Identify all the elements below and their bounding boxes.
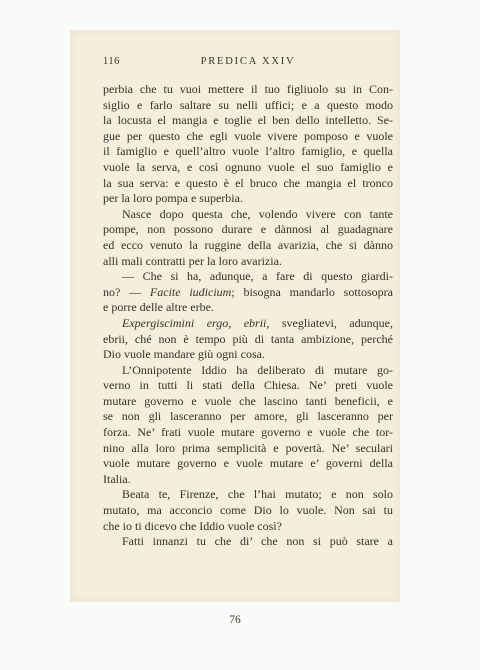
text-line: Dio vuole mandare giù ogni cosa. [103,347,393,363]
text-line: gue per questo che egli vuole vivere pom… [103,129,393,145]
text-segment: Dio vuole mandare giù ogni cosa. [103,347,265,361]
text-segment: mutato, ma acconcio come Dio lo vuole. N… [103,503,393,517]
text-line: Beata te, Firenze, che l’hai mutato; e n… [103,487,393,503]
text-line: la locusta el mangia e toglie el ben del… [103,113,393,129]
text-segment: la sua serva: e questo è el bruco che ma… [103,176,393,190]
text-line: Italia. [103,472,393,488]
text-segment: ebrii, ché non è tempo più di tanta ambi… [103,332,393,346]
text-segment: verno in tutti li stati della Chiesa. Ne… [103,378,393,392]
text-segment: nino alla loro prima semplicità e povert… [103,441,393,455]
text-segment: gue per questo che egli vuole vivere pom… [103,129,393,143]
text-line: 5il famiglio e quell’altro vuole l’altro… [103,144,393,160]
text-segment: la locusta el mangia e toglie el ben del… [103,113,393,127]
text-line: forza. Ne’ frati vuole mutare governo e … [103,425,393,441]
text-block: perbia che tu vuoi mettere il tuo figliu… [103,82,393,550]
running-title: PREDICA XXIV [103,56,393,67]
text-line: mutare governo e vuole che lascino tanti… [103,394,393,410]
text-segment: il famiglio e quell’altro vuole l’altro … [103,144,393,158]
italic-text-segment: Expergiscimini ergo, ebrii, [122,316,269,330]
text-line: mutato, ma acconcio come Dio lo vuole. N… [103,503,393,519]
text-line: alli mali contratti per la loro avarizia… [103,254,393,270]
text-segment: e porre delle altre erbe. [103,300,214,314]
text-line: 30Fatti innanzi tu che di’ che non si pu… [103,534,393,550]
text-line: 15e porre delle altre erbe. [103,300,393,316]
text-segment: no? — [103,285,150,299]
folio-number: 116 [103,56,120,67]
text-line: 25vuole mutare governo e vuole mutare e’… [103,456,393,472]
text-line: siglio e farlo saltare su nelli uffici; … [103,98,393,114]
text-segment: alli mali contratti per la loro avarizia… [103,254,282,268]
text-segment: pompe, non possono durare e dànnosi al g… [103,222,393,236]
text-segment: ed ecco venuto la ruggine della avarizia… [103,238,393,252]
text-segment: ; bisogna mandarlo sottosopra [231,285,393,299]
text-line: Expergiscimini ergo, ebrii, svegliatevi,… [103,316,393,332]
text-segment: perbia che tu vuoi mettere il tuo figliu… [103,82,393,96]
text-segment: forza. Ne’ frati vuole mutare governo e … [103,425,393,439]
text-segment: Fatti innanzi tu che di’ che non si può … [122,534,393,548]
text-segment: L’Onnipotente Iddio ha deliberato di mut… [122,363,393,377]
text-line: no? — Facite iudicium; bisogna mandarlo … [103,285,393,301]
text-segment: Beata te, Firenze, che l’hai mutato; e n… [122,487,393,501]
text-line: L’Onnipotente Iddio ha deliberato di mut… [103,363,393,379]
text-line: — Che si ha, adunque, a fare di questo g… [103,269,393,285]
text-line: 10pompe, non possono durare e dànnosi al… [103,222,393,238]
text-line: che io ti dicevo che Iddio vuole così? [103,519,393,535]
text-line: se non gli lasceranno per amore, gli las… [103,409,393,425]
running-head: 116 PREDICA XXIV [103,56,393,70]
text-line: vuole la serva, e così ognuno vuole el s… [103,160,393,176]
footer-page-number: 76 [70,614,400,626]
text-segment: se non gli lasceranno per amore, gli las… [103,409,393,423]
text-segment: Italia. [103,472,131,486]
book-page-scan: 116 PREDICA XXIV perbia che tu vuoi mett… [70,30,400,602]
text-line: perbia che tu vuoi mettere il tuo figliu… [103,82,393,98]
text-line: per la loro pompa e superbia. [103,191,393,207]
text-segment: — Che si ha, adunque, a fare di questo g… [122,269,393,283]
text-line: 20verno in tutti li stati della Chiesa. … [103,378,393,394]
text-segment: mutare governo e vuole che lascino tanti… [103,394,393,408]
text-line: la sua serva: e questo è el bruco che ma… [103,176,393,192]
text-segment: svegliatevi, adunque, [269,316,393,330]
text-line: ed ecco venuto la ruggine della avarizia… [103,238,393,254]
text-segment: Nasce dopo questa che, volendo vivere co… [122,207,393,221]
text-line: Nasce dopo questa che, volendo vivere co… [103,207,393,223]
text-line: nino alla loro prima semplicità e povert… [103,441,393,457]
text-segment: siglio e farlo saltare su nelli uffici; … [103,98,393,112]
italic-text-segment: Facite iudicium [150,285,231,299]
text-segment: vuole la serva, e così ognuno vuole el s… [103,160,393,174]
text-segment: vuole mutare governo e vuole mutare e’ g… [103,456,393,470]
text-line: ebrii, ché non è tempo più di tanta ambi… [103,332,393,348]
text-segment: per la loro pompa e superbia. [103,191,243,205]
text-segment: che io ti dicevo che Iddio vuole così? [103,519,282,533]
